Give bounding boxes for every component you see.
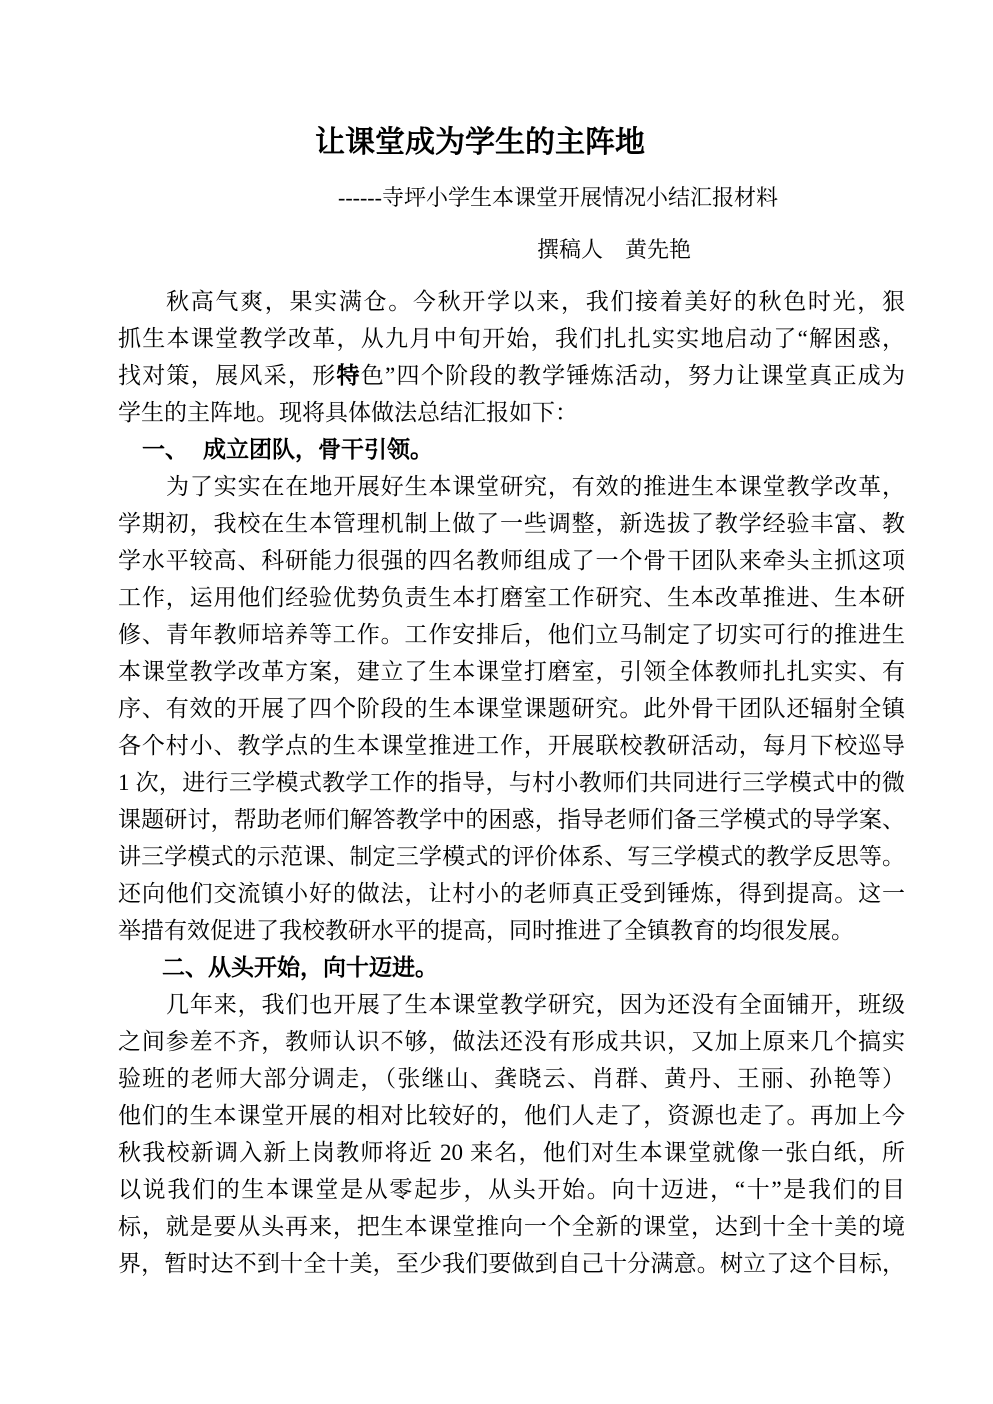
text-line: 修、青年教师培养等工作。工作安排后，他们立马制定了切实可行的推进生 xyxy=(118,616,905,653)
document-title: 让课堂成为学生的主阵地 xyxy=(118,124,905,161)
section-title: 从头开始，向十迈进。 xyxy=(208,955,438,980)
text-line: 他们的生本课堂开展的相对比较好的，他们人走了，资源也走了。再加上今 xyxy=(118,1097,905,1134)
section-heading: 二、从头开始，向十迈进。 xyxy=(118,949,905,986)
text-line: 验班的老师大部分调走，（张继山、龚晓云、肖群、黄丹、王丽、孙艳等） xyxy=(118,1060,905,1097)
text-line: 找对策，展风采，形特色”四个阶段的教学锤炼活动，努力让课堂真正成为 xyxy=(118,357,905,394)
text-line: 学生的主阵地。现将具体做法总结汇报如下： xyxy=(118,394,905,431)
text-line: 标，就是要从头再来，把生本课堂推向一个全新的课堂，达到十全十美的境 xyxy=(118,1208,905,1245)
text-line: 之间参差不齐，教师认识不够，做法还没有形成共识，又加上原来几个搞实 xyxy=(118,1023,905,1060)
text-line: 界，暂时达不到十全十美，至少我们要做到自己十分满意。树立了这个目标， xyxy=(118,1245,905,1282)
text-line: 以说我们的生本课堂是从零起步，从头开始。向十迈进，“十”是我们的目 xyxy=(118,1171,905,1208)
byline-writer-name: 黄先艳 xyxy=(625,237,691,262)
text-line: 学水平较高、科研能力很强的四名教师组成了一个骨干团队来牵头主抓这项 xyxy=(118,542,905,579)
text-line: 各个村小、教学点的生本课堂推进工作，开展联校教研活动，每月下校巡导 xyxy=(118,727,905,764)
document-subtitle: ------寺坪小学生本课堂开展情况小结汇报材料 xyxy=(118,184,905,212)
byline: 撰稿人黄先艳 xyxy=(118,236,905,264)
section-number: 二、 xyxy=(162,955,208,980)
text-line: 讲三学模式的示范课、制定三学模式的评价体系、写三学模式的教学反思等。 xyxy=(118,838,905,875)
section-number: 一、 xyxy=(142,437,188,462)
text-line: 为了实实在在地开展好生本课堂研究，有效的推进生本课堂教学改革， xyxy=(118,468,905,505)
document-body: 秋高气爽，果实满仓。今秋开学以来，我们接着美好的秋色时光，狠抓生本课堂教学改革，… xyxy=(118,283,905,1282)
text-line: 秋我校新调入新上岗教师将近 20 来名，他们对生本课堂就像一张白纸，所 xyxy=(118,1134,905,1171)
section-title: 成立团队，骨干引领。 xyxy=(203,437,433,462)
section-heading: 一、成立团队，骨干引领。 xyxy=(118,431,905,468)
text-line: 1 次，进行三学模式教学工作的指导，与村小教师们共同进行三学模式中的微 xyxy=(118,764,905,801)
byline-writer-label: 撰稿人 xyxy=(537,237,603,262)
text-line: 秋高气爽，果实满仓。今秋开学以来，我们接着美好的秋色时光，狠 xyxy=(118,283,905,320)
text-line: 序、有效的开展了四个阶段的生本课堂课题研究。此外骨干团队还辐射全镇 xyxy=(118,690,905,727)
text-line: 抓生本课堂教学改革，从九月中旬开始，我们扎扎实实地启动了“解困惑， xyxy=(118,320,905,357)
text-line: 课题研讨，帮助老师们解答教学中的困惑，指导老师们备三学模式的导学案、 xyxy=(118,801,905,838)
text-line: 本课堂教学改革方案，建立了生本课堂打磨室，引领全体教师扎扎实实、有 xyxy=(118,653,905,690)
text-line: 还向他们交流镇小好的做法，让村小的老师真正受到锤炼，得到提高。这一 xyxy=(118,875,905,912)
document-page: 让课堂成为学生的主阵地 ------寺坪小学生本课堂开展情况小结汇报材料 撰稿人… xyxy=(0,0,993,1404)
text-line: 工作，运用他们经验优势负责生本打磨室工作研究、生本改革推进、生本研 xyxy=(118,579,905,616)
text-line: 学期初，我校在生本管理机制上做了一些调整，新选拔了教学经验丰富、教 xyxy=(118,505,905,542)
document-content: 让课堂成为学生的主阵地 ------寺坪小学生本课堂开展情况小结汇报材料 撰稿人… xyxy=(0,0,993,1282)
text-line: 几年来，我们也开展了生本课堂教学研究，因为还没有全面铺开，班级 xyxy=(118,986,905,1023)
text-line: 举措有效促进了我校教研水平的提高，同时推进了全镇教育的均很发展。 xyxy=(118,912,905,949)
